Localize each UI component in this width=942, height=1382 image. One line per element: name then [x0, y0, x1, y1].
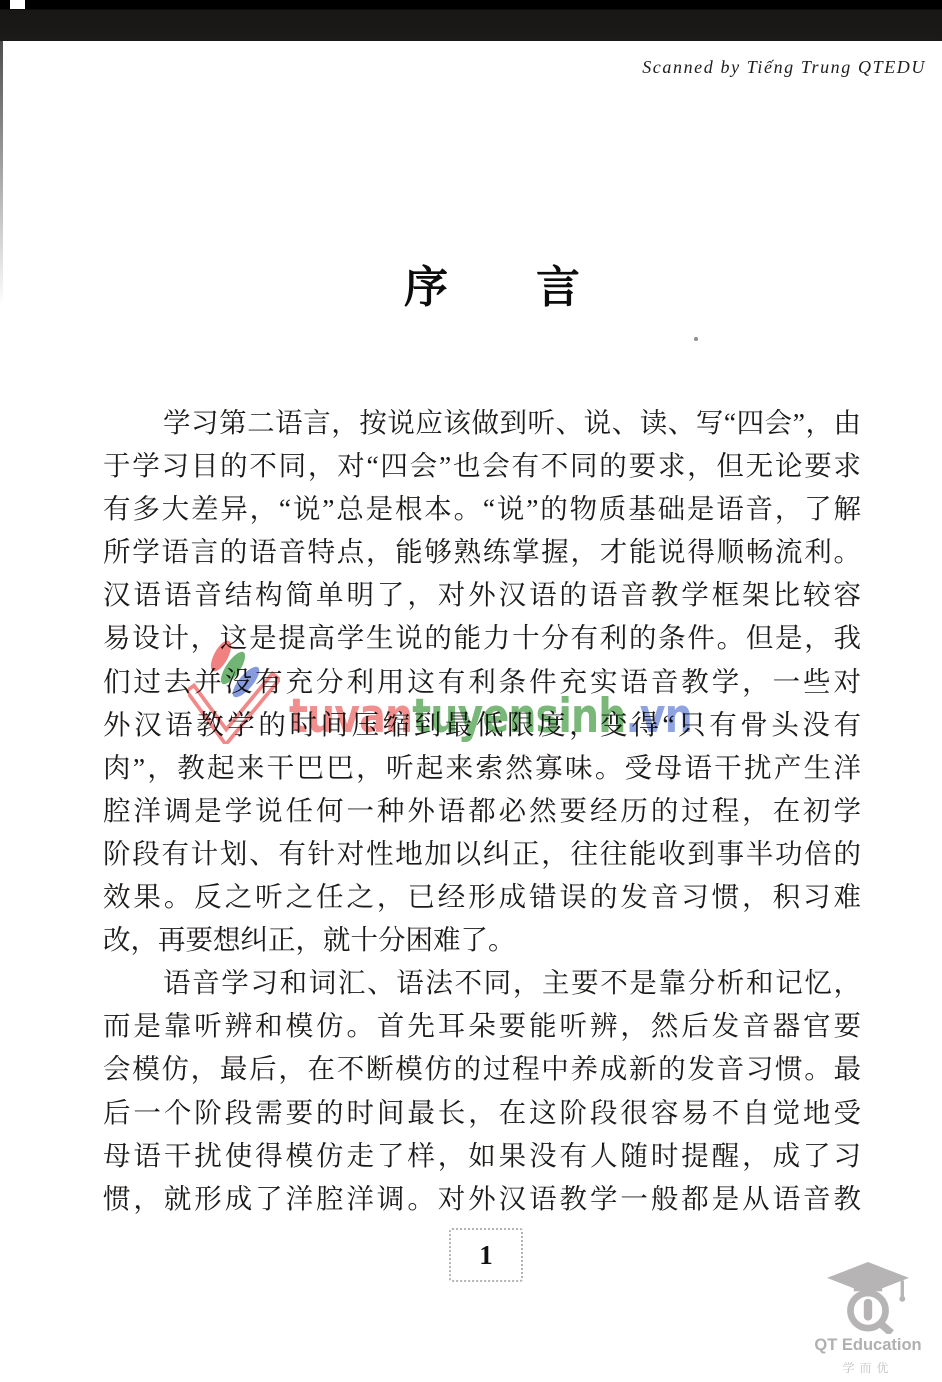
text-line: 改，再要想纠正，就十分困难了。: [103, 918, 861, 961]
title-char-1: 序: [404, 264, 448, 312]
paragraph-2: 语音学习和词汇、语法不同，主要不是靠分析和记忆，而是靠听辨和模仿。首先耳朵要能听…: [103, 961, 861, 1220]
scan-artifact-left-edge: [0, 41, 3, 306]
brand-name: QT Education: [798, 1336, 938, 1355]
scanned-book-page: { "scan": { "credit": "Scanned by Tiếng …: [0, 0, 942, 1382]
text-line: 腔洋调是学说任何一种外语都必然要经历的过程，在初学: [103, 789, 861, 832]
scan-credit: Scanned by Tiếng Trung QTEDU: [642, 57, 926, 78]
text-line: 会模仿，最后，在不断模仿的过程中养成新的发音习惯。最: [103, 1047, 861, 1090]
text-line: 而是靠听辨和模仿。首先耳朵要能听辨，然后发音器官要: [103, 1004, 861, 1047]
text-line: 有多大差异，“说”总是根本。“说”的物质基础是语音，了解: [103, 487, 861, 530]
text-line: 外汉语教学的时间压缩到最低限度，变得“只有骨头没有: [103, 703, 861, 746]
text-line: 于学习目的不同，对“四会”也会有不同的要求，但无论要求: [103, 444, 861, 487]
text-line: 所学语言的语音特点，能够熟练掌握，才能说得顺畅流利。: [103, 530, 861, 573]
qt-education-branding: QT Education 学而优: [798, 1262, 938, 1376]
page-number: 1: [479, 1240, 493, 1271]
text-line: 汉语语音结构简单明了，对外汉语的语音教学框架比较容: [103, 573, 861, 616]
text-line: 语音学习和词汇、语法不同，主要不是靠分析和记忆，: [103, 961, 861, 1004]
text-line: 易设计，这是提高学生说的能力十分有利的条件。但是，我: [103, 616, 861, 659]
text-line: 学习第二语言，按说应该做到听、说、读、写“四会”，由: [103, 401, 861, 444]
graduation-cap-q-icon: [822, 1262, 914, 1334]
text-line: 效果。反之听之任之，已经形成错误的发音习惯，积习难: [103, 875, 861, 918]
paragraph-1: 学习第二语言，按说应该做到听、说、读、写“四会”，由于学习目的不同，对“四会”也…: [103, 401, 861, 961]
text-line: 后一个阶段需要的时间最长，在这阶段很容易不自觉地受: [103, 1091, 861, 1134]
page-title: 序 言: [404, 264, 580, 312]
title-char-2: 言: [536, 264, 580, 312]
brand-slogan: 学而优: [798, 1359, 938, 1376]
page-number-ornament: 1: [449, 1228, 523, 1282]
scan-artifact-notch: [10, 0, 25, 9]
document-body: 学习第二语言，按说应该做到听、说、读、写“四会”，由于学习目的不同，对“四会”也…: [103, 401, 861, 1220]
text-line: 阶段有计划、有针对性地加以纠正，往往能收到事半功倍的: [103, 832, 861, 875]
scan-speck: [694, 337, 698, 341]
scan-artifact-top-bar: [0, 0, 942, 41]
text-line: 肉”，教起来干巴巴，听起来索然寡味。受母语干扰产生洋: [103, 746, 861, 789]
text-line: 们过去并没有充分利用这有利条件充实语音教学，一些对: [103, 660, 861, 703]
text-line: 母语干扰使得模仿走了样，如果没有人随时提醒，成了习: [103, 1134, 861, 1177]
text-line: 惯，就形成了洋腔洋调。对外汉语教学一般都是从语音教: [103, 1177, 861, 1220]
